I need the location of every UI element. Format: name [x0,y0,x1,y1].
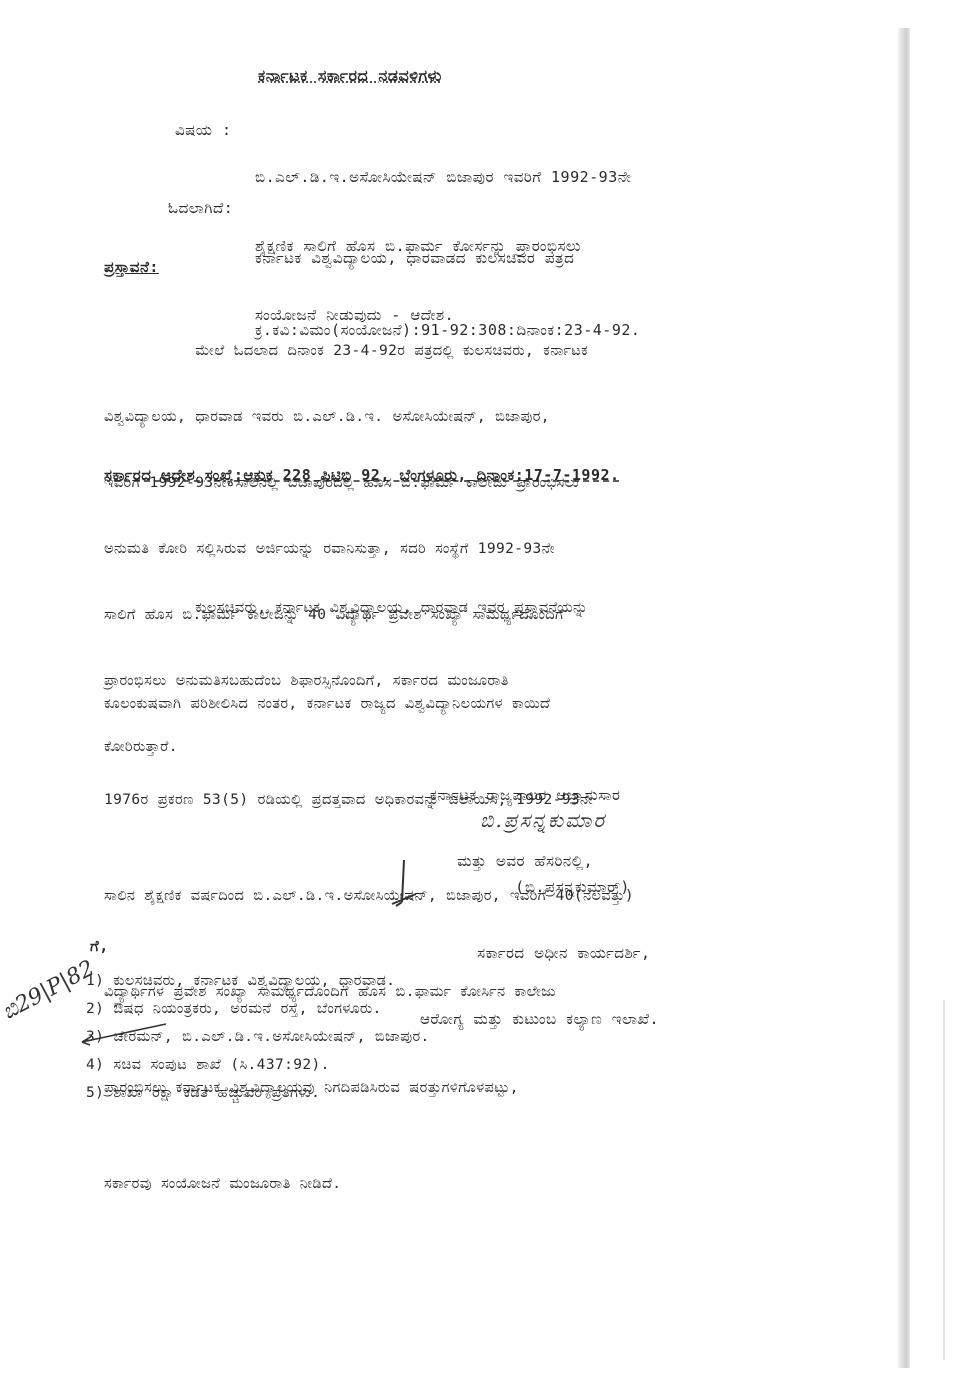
to-label: ಗೆ, [90,936,109,956]
government-order-number: ಸರ್ಕಾರದ ಆದೇಶ ಸಂಖ್ಯೆ:ಆಕುಕ 228 ಪಿಟಿಬಿ 92, … [104,465,620,485]
signer-details: (ಬಿ.ಪ್ರಸನ್ನಕುಮಾರ್) ಸರ್ಕಾರದ ಅಧೀನ ಕಾರ್ಯದರ್… [420,832,659,1074]
signature-flourish-icon [388,858,418,908]
order-line: ಕೂಲಂಕುಷವಾಗಿ ಪರಿಶೀಲಿಸಿದ ನಂತರ, ಕರ್ನಾಟಕ ರಾಜ… [104,688,634,720]
order-line: ಕುಲಸಚಿವರು, ಕರ್ನಾಟಕ ವಿಶ್ವವಿದ್ಯಾಲಯ, ಧಾರವಾಡ… [104,592,634,624]
handwritten-signature: ಬಿ.ಪ್ರಸನ್ನಕುಮಾರ [480,808,606,832]
preamble-line: ವಿಶ್ವವಿದ್ಯಾಲಯ, ಧಾರವಾಡ ಇವರು ಬಿ.ಎಲ್.ಡಿ.ಇ. … [104,406,588,428]
handwritten-margin-note: ಬಿ29|P|82 [0,956,99,1025]
list-item: 1) ಕುಲಸಚಿವರು, ಕರ್ನಾಟಕ ವಿಶ್ವವಿದ್ಯಾಲಯ, ಧಾರ… [86,967,430,995]
list-item: 5) ಶಾಖಾ ರಕ್ಷಾ ಕಡತ ಹೆಚ್ಚುವರಿ ಪ್ರತಿಗಳು. [86,1079,430,1107]
scanned-document-page: ಕರ್ನಾಟಕ ಸರ್ಕಾರದ ನಡವಳಿಗಳು ವಿಷಯ : ಬಿ.ಎಲ್.ಡ… [0,0,960,1387]
scan-edge-line [943,1000,945,1360]
closing-line: ಕರ್ನಾಟಕ ರಾಜ್ಯಪಾಲರ ಆಜ್ಞಾನುಸಾರ [430,784,620,806]
reference-label: ಓದಲಾಗಿದೆ: [168,198,233,218]
subject-label: ವಿಷಯ : [175,120,232,140]
signer-line: (ಬಿ.ಪ್ರಸನ್ನಕುಮಾರ್) [420,876,659,898]
list-item: 2) ಔಷಧ ನಿಯಂತ್ರಕರು, ಅರಮನೆ ರಸ್ತೆ, ಬೆಂಗಳೂರು… [86,995,430,1023]
scan-edge-shadow [898,28,910,1368]
list-item: 4) ಸಚಿವ ಸಂಪುಟ ಶಾಖೆ (ಸಿ.437:92). [86,1051,430,1079]
order-line: ಸರ್ಕಾರವು ಸಂಯೋಜನೆ ಮಂಜೂರಾತಿ ನೀಡಿದೆ. [104,1168,634,1200]
document-title: ಕರ್ನಾಟಕ ಸರ್ಕಾರದ ನಡವಳಿಗಳು [258,66,442,86]
handwritten-arrow-icon [80,1022,170,1046]
preamble-heading: ಪ್ರಸ್ತಾವನೆ: [104,257,159,277]
subject-line: ಬಿ.ಎಲ್.ಡಿ.ಇ.ಅಸೋಸಿಯೇಷನ್ ಬಿಜಾಪುರ ಇವರಿಗೆ 19… [255,166,632,189]
signer-line: ಆರೋಗ್ಯ ಮತ್ತು ಕುಟುಂಬ ಕಲ್ಯಾಣ ಇಲಾಖೆ. [420,1008,659,1030]
preamble-line: ಮೇಲೆ ಓದಲಾದ ದಿನಾಂಕ 23-4-92ರ ಪತ್ರದಲ್ಲಿ ಕುಲ… [104,340,588,362]
signer-line: ಸರ್ಕಾರದ ಅಧೀನ ಕಾರ್ಯದರ್ಶಿ, [420,942,659,964]
reference-line: ಕರ್ನಾಟಕ ವಿಶ್ವವಿದ್ಯಾಲಯ, ಧಾರವಾಡದ ಕುಲಸಚಿವರ … [255,246,640,270]
